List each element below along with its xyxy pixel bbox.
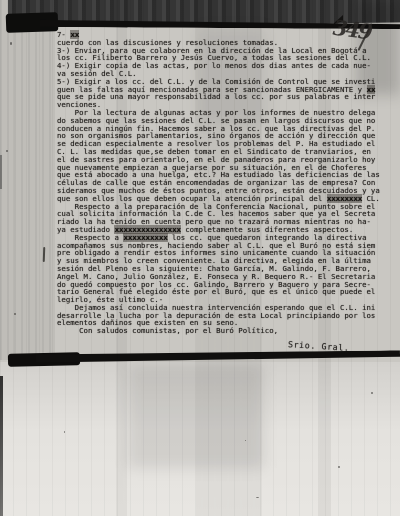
scan-speck: [10, 42, 12, 45]
scan-bottom-bar-line: [36, 350, 400, 362]
document-line: que se pide una mayor responsabilidad a …: [57, 93, 397, 101]
scan-speck: [371, 392, 373, 394]
scan-left-edge-strip: [0, 376, 3, 516]
page-left-margin: [0, 0, 55, 360]
scan-speck: [64, 431, 65, 433]
scan-speck: [338, 466, 340, 468]
scanned-document: 349 7- xxcuerdo con las discusiones y re…: [0, 0, 400, 516]
document-line: Con saludos comunistas, por el Buró Polí…: [57, 327, 397, 335]
scan-left-edge-mark: [0, 155, 2, 189]
scan-speck: [256, 497, 259, 498]
document-text: 7- xxcuerdo con las discusiones y resolu…: [57, 31, 397, 335]
scan-bottom-blank-area: [0, 362, 400, 516]
signature-title: Srio. Gral.: [288, 339, 350, 353]
scan-speck: [14, 313, 16, 315]
scan-speck: [6, 150, 8, 152]
scan-speck: [245, 440, 246, 441]
